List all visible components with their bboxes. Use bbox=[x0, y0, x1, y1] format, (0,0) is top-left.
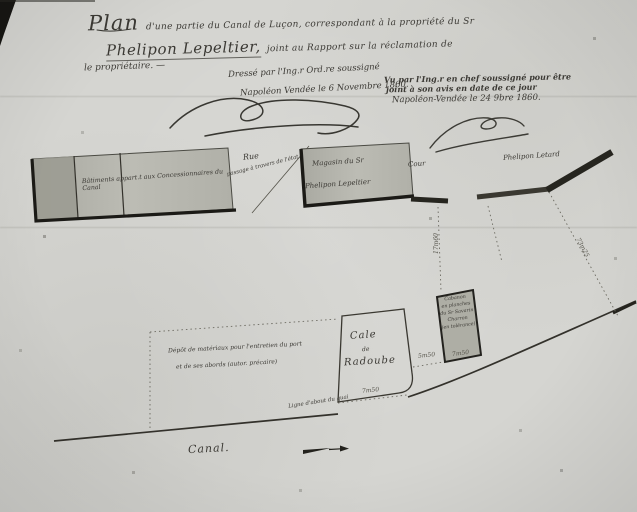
plan-title-line3: le propriétaire. — bbox=[84, 61, 165, 75]
depot-label-line2: et de ses abords (autor. précaire) bbox=[176, 358, 277, 370]
dimension-dock-bottom: 7m50 bbox=[362, 386, 380, 395]
left-building-label: Bâtiments appart.t aux Concessionnaires … bbox=[82, 169, 231, 193]
dimension-dock-to-shed: 5m50 bbox=[418, 351, 436, 360]
warehouse-label-line2: Phelipon Lepeltier bbox=[305, 178, 371, 191]
dimension-wall-to-shed: 17m60 bbox=[433, 233, 440, 254]
drafted-by-note: Dressé par l'Ing.r Ord.re soussigné bbox=[228, 62, 380, 80]
depot-label-line1: Dépôt de matériaux pour l'entretien du p… bbox=[168, 340, 302, 354]
plan-title-line1-rest: d'une partie du Canal de Luçon, correspo… bbox=[146, 17, 474, 34]
dock-label-line3: Radoube bbox=[344, 355, 396, 370]
neighbor-property-label: Phelipon Letard bbox=[503, 150, 560, 162]
warehouse-label-line1: Magasin du Sr bbox=[312, 156, 364, 168]
plan-title-lead-word: Plan bbox=[88, 10, 139, 36]
dock-label-line1: Cale bbox=[350, 329, 378, 343]
street-label: Rue bbox=[243, 151, 260, 162]
plan-title-line2: Phelipon Lepeltier, joint au Rapport sur… bbox=[106, 32, 453, 61]
dimension-diagonal: 73m25 bbox=[574, 237, 590, 259]
scanned-plan-document: Plan d'une partie du Canal de Luçon, cor… bbox=[0, 0, 637, 512]
plan-title-line2-rest: joint au Rapport sur la réclamation de bbox=[267, 39, 453, 55]
shed-label: Cabanon en planches du Sr Savarin Charro… bbox=[434, 294, 480, 334]
courtyard-label: Cour bbox=[408, 159, 426, 169]
label-layer: Plan d'une partie du Canal de Luçon, cor… bbox=[0, 0, 637, 512]
approval-date: Napoléon-Vendée le 24 9bre 1860. bbox=[392, 93, 541, 106]
owner-name: Phelipon Lepeltier, bbox=[106, 37, 261, 61]
quay-label: Ligne d'about du quai bbox=[288, 394, 349, 410]
canal-label: Canal. bbox=[188, 441, 230, 456]
dimension-shed-width: 7m50 bbox=[452, 349, 470, 358]
plan-title-line1: Plan d'une partie du Canal de Luçon, cor… bbox=[88, 5, 475, 37]
street-sublabel: passage à travers de l'état bbox=[226, 154, 299, 178]
dock-label-line2: de bbox=[362, 346, 370, 354]
